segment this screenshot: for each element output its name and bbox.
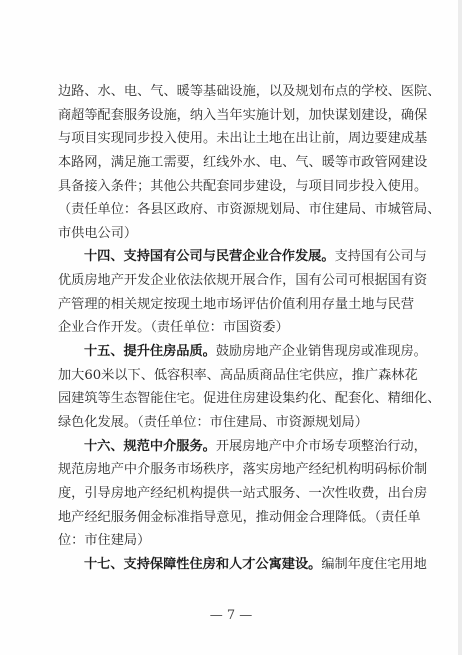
section-text: 支持国有公司与	[335, 249, 427, 264]
section-15-line: 十五、提升住房品质。鼓励房地产企业销售现房或准现房。	[58, 340, 408, 364]
text-line: 产管理的相关规定按现土地市场评估价值利用存量土地与民营	[58, 293, 408, 317]
text-line: 优质房地产开发企业依法依规开展合作，国有公司可根据国有资	[58, 269, 408, 293]
section-text: 鼓励房地产企业销售现房或准现房。	[216, 344, 427, 359]
page-number: — 7 —	[0, 608, 462, 623]
text-line: 加大60米以下、低容积率、高品质商品住宅供应，推广森林花	[58, 364, 408, 388]
section-text: 开展房地产中介市场专项整治行动，	[216, 439, 427, 454]
text-line: （责任单位：各县区政府、市资源规划局、市住建局、市城管局、	[58, 198, 408, 222]
text-line: 具备接入条件；其他公共配套同步建设，与项目同步投入使用。	[58, 175, 408, 199]
text-line: 绿色化发展。（责任单位：市住建局、市资源规划局）	[58, 411, 408, 435]
section-text: 编制年度住宅用地	[321, 557, 427, 572]
text-line: 边路、水、电、气、暖等基础设施，以及规划布点的学校、医院、	[58, 80, 408, 104]
scan-edge	[458, 0, 462, 655]
section-heading: 十五、提升住房品质。	[84, 344, 216, 359]
section-heading: 十七、支持保障性住房和人才公寓建设。	[84, 557, 321, 572]
section-heading: 十四、支持国有公司与民营企业合作发展。	[84, 249, 335, 264]
text-line: 位：市住建局）	[58, 529, 408, 553]
text-line: 规范房地产中介服务市场秩序，落实房地产经纪机构明码标价制	[58, 458, 408, 482]
section-heading: 十六、规范中介服务。	[84, 439, 216, 454]
text-line: 度，引导房地产经纪机构提供一站式服务、一次性收费，出台房	[58, 482, 408, 506]
document-page: 边路、水、电、气、暖等基础设施，以及规划布点的学校、医院、 商超等配套服务设施，…	[0, 0, 462, 655]
text-line: 市供电公司）	[58, 222, 408, 246]
text-line: 与项目实现同步投入使用。未出让土地在出让前，周边要建成基	[58, 127, 408, 151]
section-16-line: 十六、规范中介服务。开展房地产中介市场专项整治行动，	[58, 435, 408, 459]
body-text: 边路、水、电、气、暖等基础设施，以及规划布点的学校、医院、 商超等配套服务设施，…	[58, 80, 408, 576]
text-line: 商超等配套服务设施，纳入当年实施计划，加快谋划建设，确保	[58, 104, 408, 128]
text-line: 园建筑等生态智能住宅。促进住房建设集约化、配套化、精细化、	[58, 387, 408, 411]
section-17-line: 十七、支持保障性住房和人才公寓建设。编制年度住宅用地	[58, 553, 408, 577]
text-line: 本路网，满足施工需要，红线外水、电、气、暖等市政管网建设	[58, 151, 408, 175]
text-line: 地产经纪服务佣金标准指导意见，推动佣金合理降低。（责任单	[58, 506, 408, 530]
section-14-line: 十四、支持国有公司与民营企业合作发展。支持国有公司与	[58, 245, 408, 269]
text-line: 企业合作开发。（责任单位：市国资委）	[58, 316, 408, 340]
